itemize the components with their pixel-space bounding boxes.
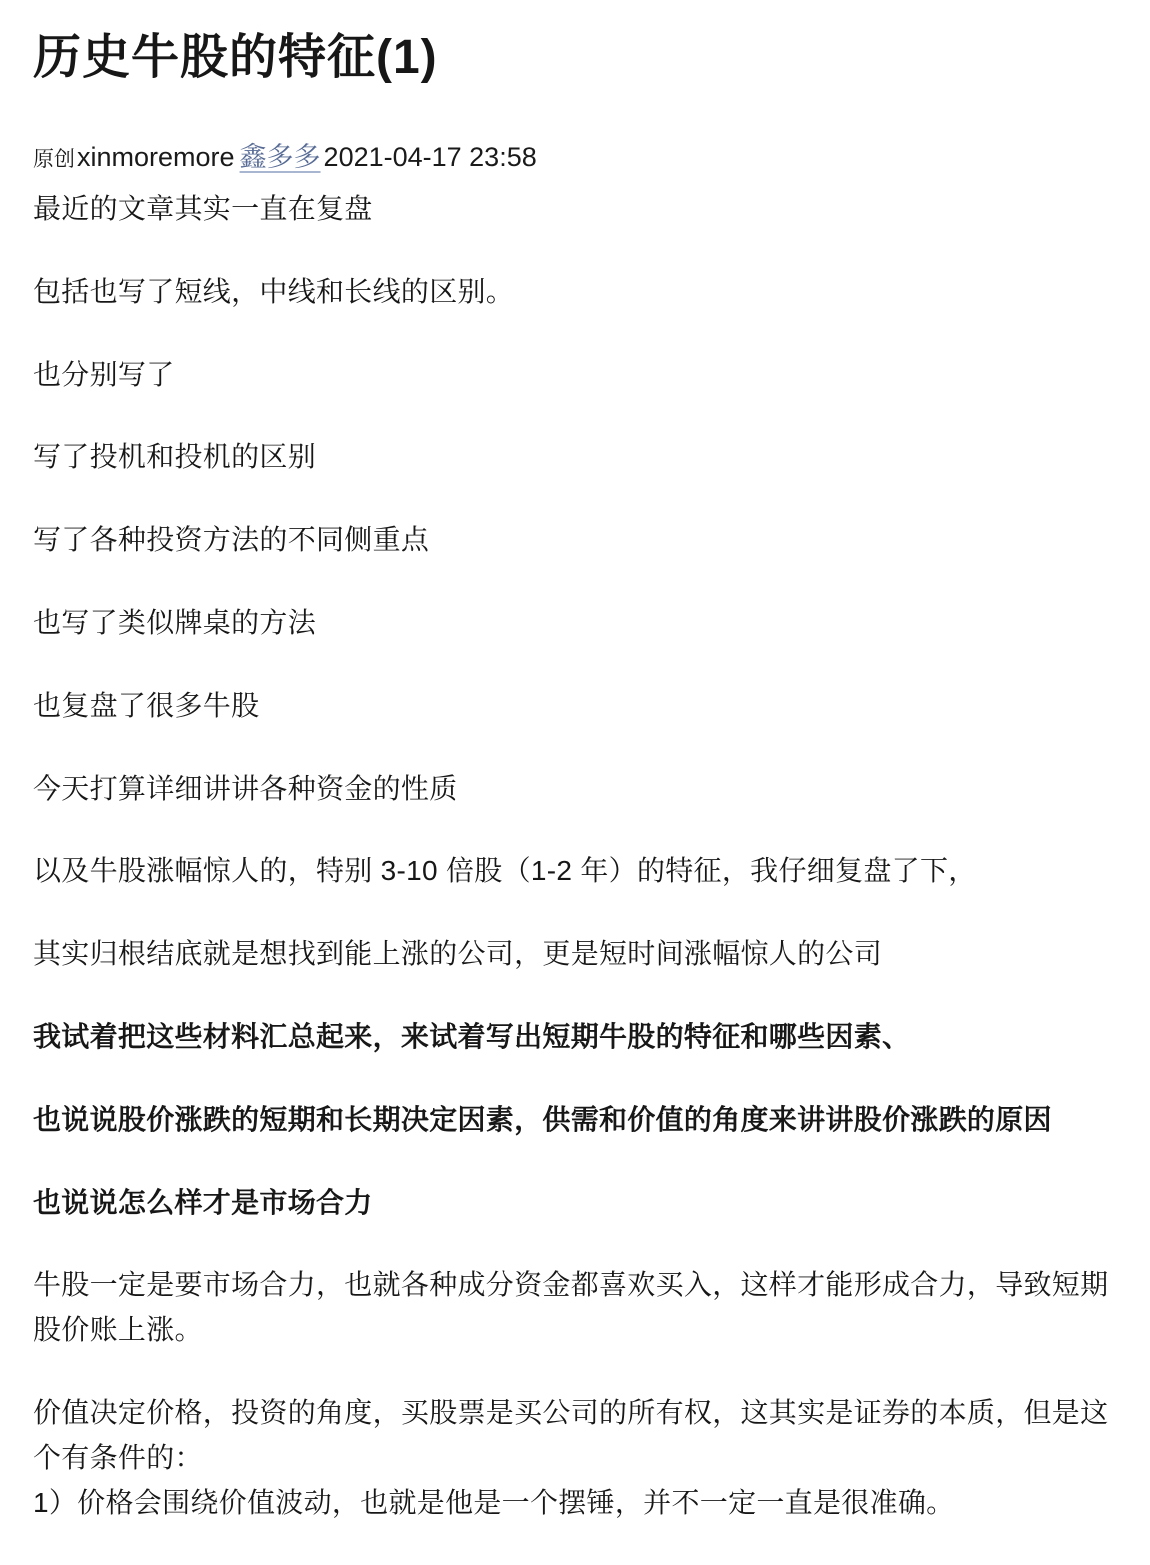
account-name-link[interactable]: 鑫多多 [240, 142, 321, 172]
paragraph: 其实归根结底就是想找到能上涨的公司，更是短时间涨幅惊人的公司 [33, 932, 1117, 977]
paragraph: 今天打算详细讲讲各种资金的性质 [33, 767, 1117, 812]
paragraph: 也分别写了 [33, 353, 1117, 398]
paragraph: 最近的文章其实一直在复盘 [33, 187, 1117, 232]
paragraph: 也写了类似牌桌的方法 [33, 601, 1117, 646]
original-badge: 原创 [33, 148, 75, 171]
article-title: 历史牛股的特征(1) [33, 28, 1117, 88]
paragraph: 写了各种投资方法的不同侧重点 [33, 518, 1117, 563]
byline: 原创xinmoremore鑫多多2021-04-17 23:58 [33, 140, 1117, 175]
paragraph: 也复盘了很多牛股 [33, 684, 1117, 729]
paragraph: 价值决定价格，投资的角度，买股票是买公司的所有权，这其实是证券的本质，但是这个有… [33, 1391, 1117, 1481]
paragraph: 包括也写了短线，中线和长线的区别。 [33, 270, 1117, 315]
article-page: 历史牛股的特征(1) 原创xinmoremore鑫多多2021-04-17 23… [0, 0, 1150, 1565]
paragraph: 我试着把这些材料汇总起来，来试着写出短期牛股的特征和哪些因素、 [33, 1015, 1117, 1060]
paragraph: 也说说怎么样才是市场合力 [33, 1181, 1117, 1226]
article-body: 最近的文章其实一直在复盘包括也写了短线，中线和长线的区别。也分别写了写了投机和投… [33, 187, 1117, 1525]
author-id: xinmoremore [77, 142, 235, 172]
paragraph: 写了投机和投机的区别 [33, 435, 1117, 480]
publish-time: 2021-04-17 23:58 [324, 142, 537, 172]
paragraph: 也说说股价涨跌的短期和长期决定因素，供需和价值的角度来讲讲股价涨跌的原因 [33, 1098, 1117, 1143]
paragraph: 牛股一定是要市场合力，也就各种成分资金都喜欢买入，这样才能形成合力，导致短期股价… [33, 1263, 1117, 1353]
paragraph: 1）价格会围绕价值波动，也就是他是一个摆锤，并不一定一直是很准确。 [33, 1481, 1117, 1526]
paragraph: 以及牛股涨幅惊人的，特别 3-10 倍股（1-2 年）的特征，我仔细复盘了下， [33, 849, 1117, 894]
